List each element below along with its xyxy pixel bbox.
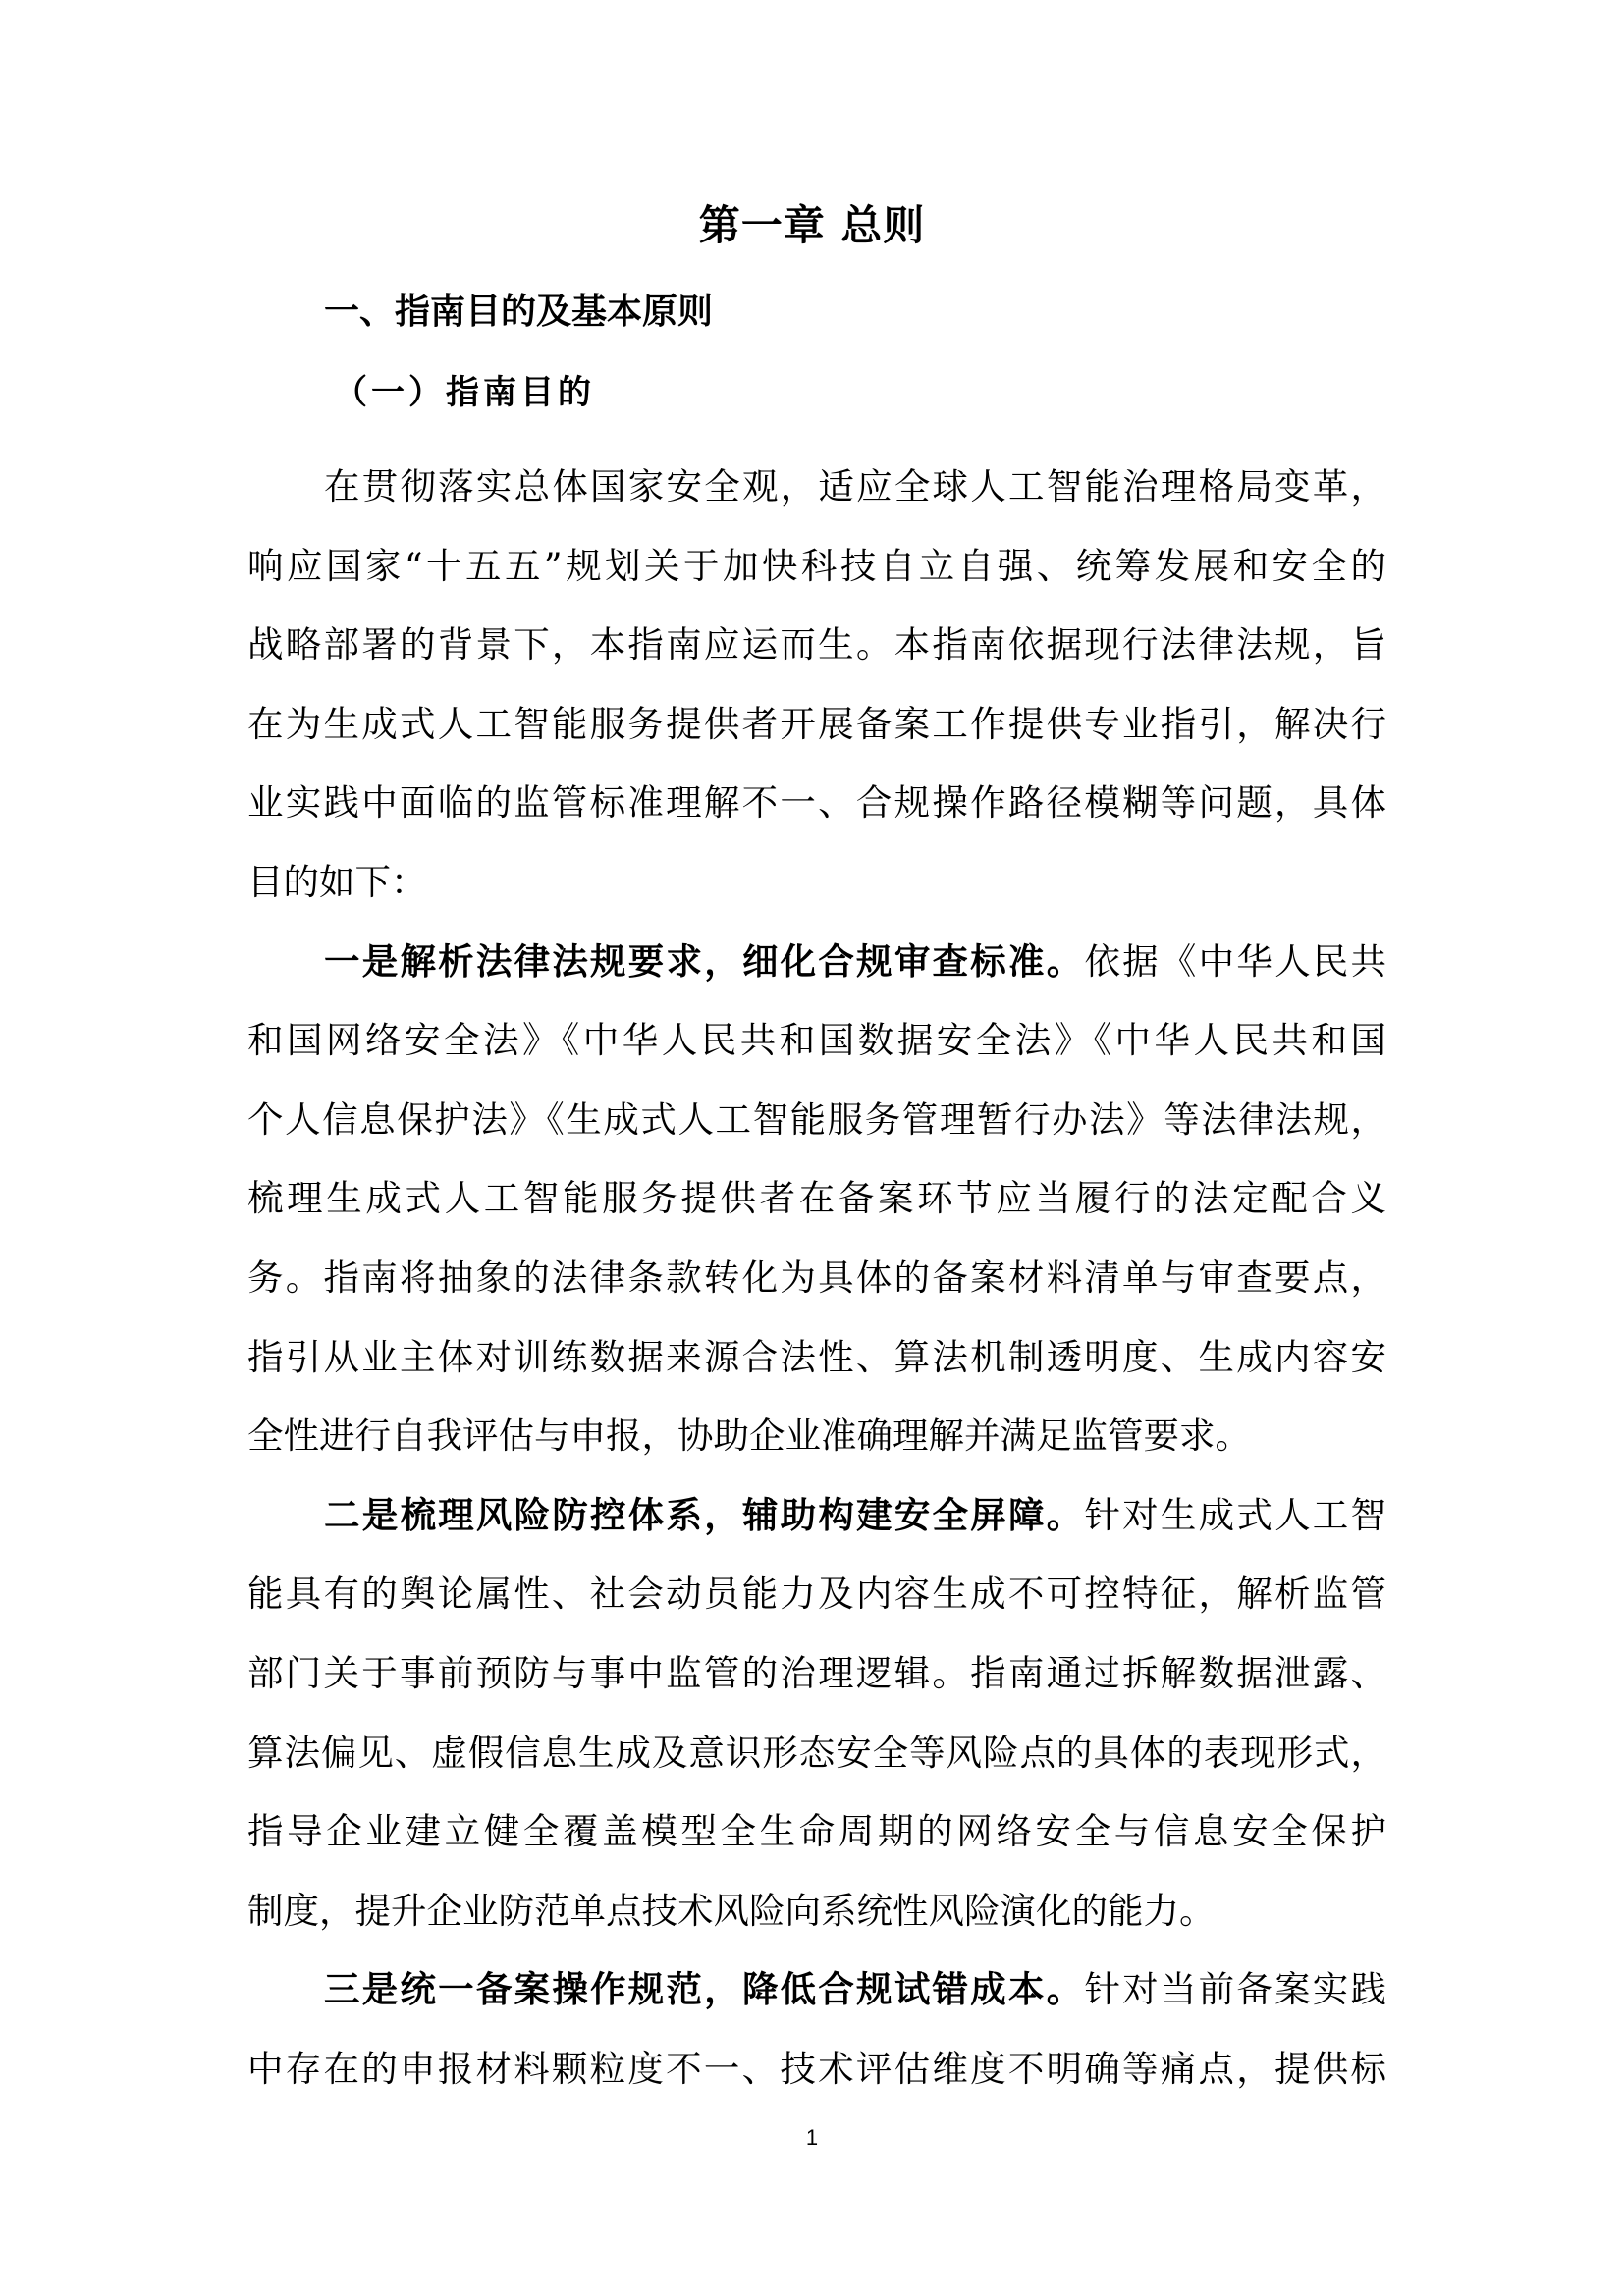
paragraph-lead: 三是统一备案操作规范，降低合规试错成本。 [324, 1968, 1084, 2010]
subsection-heading: （一）指南目的 [334, 365, 595, 420]
paragraph-line: 部门关于事前预防与事中监管的治理逻辑。指南通过拆解数据泄露、 [247, 1634, 1386, 1714]
paragraph-first-line: 一是解析法律法规要求，细化合规审查标准。依据《中华人民共 [247, 923, 1386, 1002]
paragraph-line: 在为生成式人工智能服务提供者开展备案工作提供专业指引，解决行 [247, 685, 1386, 765]
paragraph-line: 目的如下： [247, 843, 1386, 923]
section-heading: 一、指南目的及基本原则 [324, 285, 713, 340]
paragraph-text: 依据《中华人民共 [1084, 940, 1386, 983]
paragraph-line: 业实践中面临的监管标准理解不一、合规操作路径模糊等问题，具体 [247, 764, 1386, 843]
paragraph-text: 针对当前备案实践 [1084, 1968, 1386, 2010]
paragraph-line: 和国网络安全法》《中华人民共和国数据安全法》《中华人民共和国 [247, 1001, 1386, 1081]
paragraph-line: 个人信息保护法》《生成式人工智能服务管理暂行办法》等法律法规， [247, 1081, 1386, 1160]
paragraph-line: 算法偏见、虚假信息生成及意识形态安全等风险点的具体的表现形式， [247, 1714, 1386, 1793]
paragraph-line: 指导企业建立健全覆盖模型全生命周期的网络安全与信息安全保护 [247, 1792, 1386, 1872]
paragraph-line: 指引从业主体对训练数据来源合法性、算法机制透明度、生成内容安 [247, 1318, 1386, 1398]
paragraph-line: 能具有的舆论属性、社会动员能力及内容生成不可控特征，解析监管 [247, 1555, 1386, 1634]
paragraph-line: 响应国家“十五五”规划关于加快科技自立自强、统筹发展和安全的 [247, 527, 1386, 607]
paragraph-lead: 二是梳理风险防控体系，辅助构建安全屏障。 [324, 1494, 1084, 1536]
paragraph-line: 中存在的申报材料颗粒度不一、技术评估维度不明确等痛点，提供标 [247, 2030, 1386, 2109]
paragraph-line: 务。指南将抽象的法律条款转化为具体的备案材料清单与审查要点， [247, 1239, 1386, 1318]
paragraph-line: 梳理生成式人工智能服务提供者在备案环节应当履行的法定配合义 [247, 1159, 1386, 1239]
page-number: 1 [0, 2125, 1624, 2151]
paragraph-text: 针对生成式人工智 [1084, 1494, 1386, 1536]
paragraph-line: 全性进行自我评估与申报，协助企业准确理解并满足监管要求。 [247, 1397, 1386, 1476]
paragraph-line: 制度，提升企业防范单点技术风险向系统性风险演化的能力。 [247, 1872, 1386, 1951]
paragraph-first-line: 三是统一备案操作规范，降低合规试错成本。针对当前备案实践 [247, 1950, 1386, 2030]
chapter-title: 第一章 总则 [0, 196, 1624, 255]
body-text: 在贯彻落实总体国家安全观，适应全球人工智能治理格局变革， 响应国家“十五五”规划… [247, 448, 1386, 2109]
paragraph-line: 在贯彻落实总体国家安全观，适应全球人工智能治理格局变革， [247, 448, 1386, 527]
paragraph-first-line: 二是梳理风险防控体系，辅助构建安全屏障。针对生成式人工智 [247, 1476, 1386, 1556]
paragraph-line: 战略部署的背景下，本指南应运而生。本指南依据现行法律法规，旨 [247, 606, 1386, 685]
paragraph-lead: 一是解析法律法规要求，细化合规审查标准。 [324, 940, 1084, 983]
document-page: 第一章 总则 一、指南目的及基本原则 （一）指南目的 在贯彻落实总体国家安全观，… [0, 0, 1624, 2296]
